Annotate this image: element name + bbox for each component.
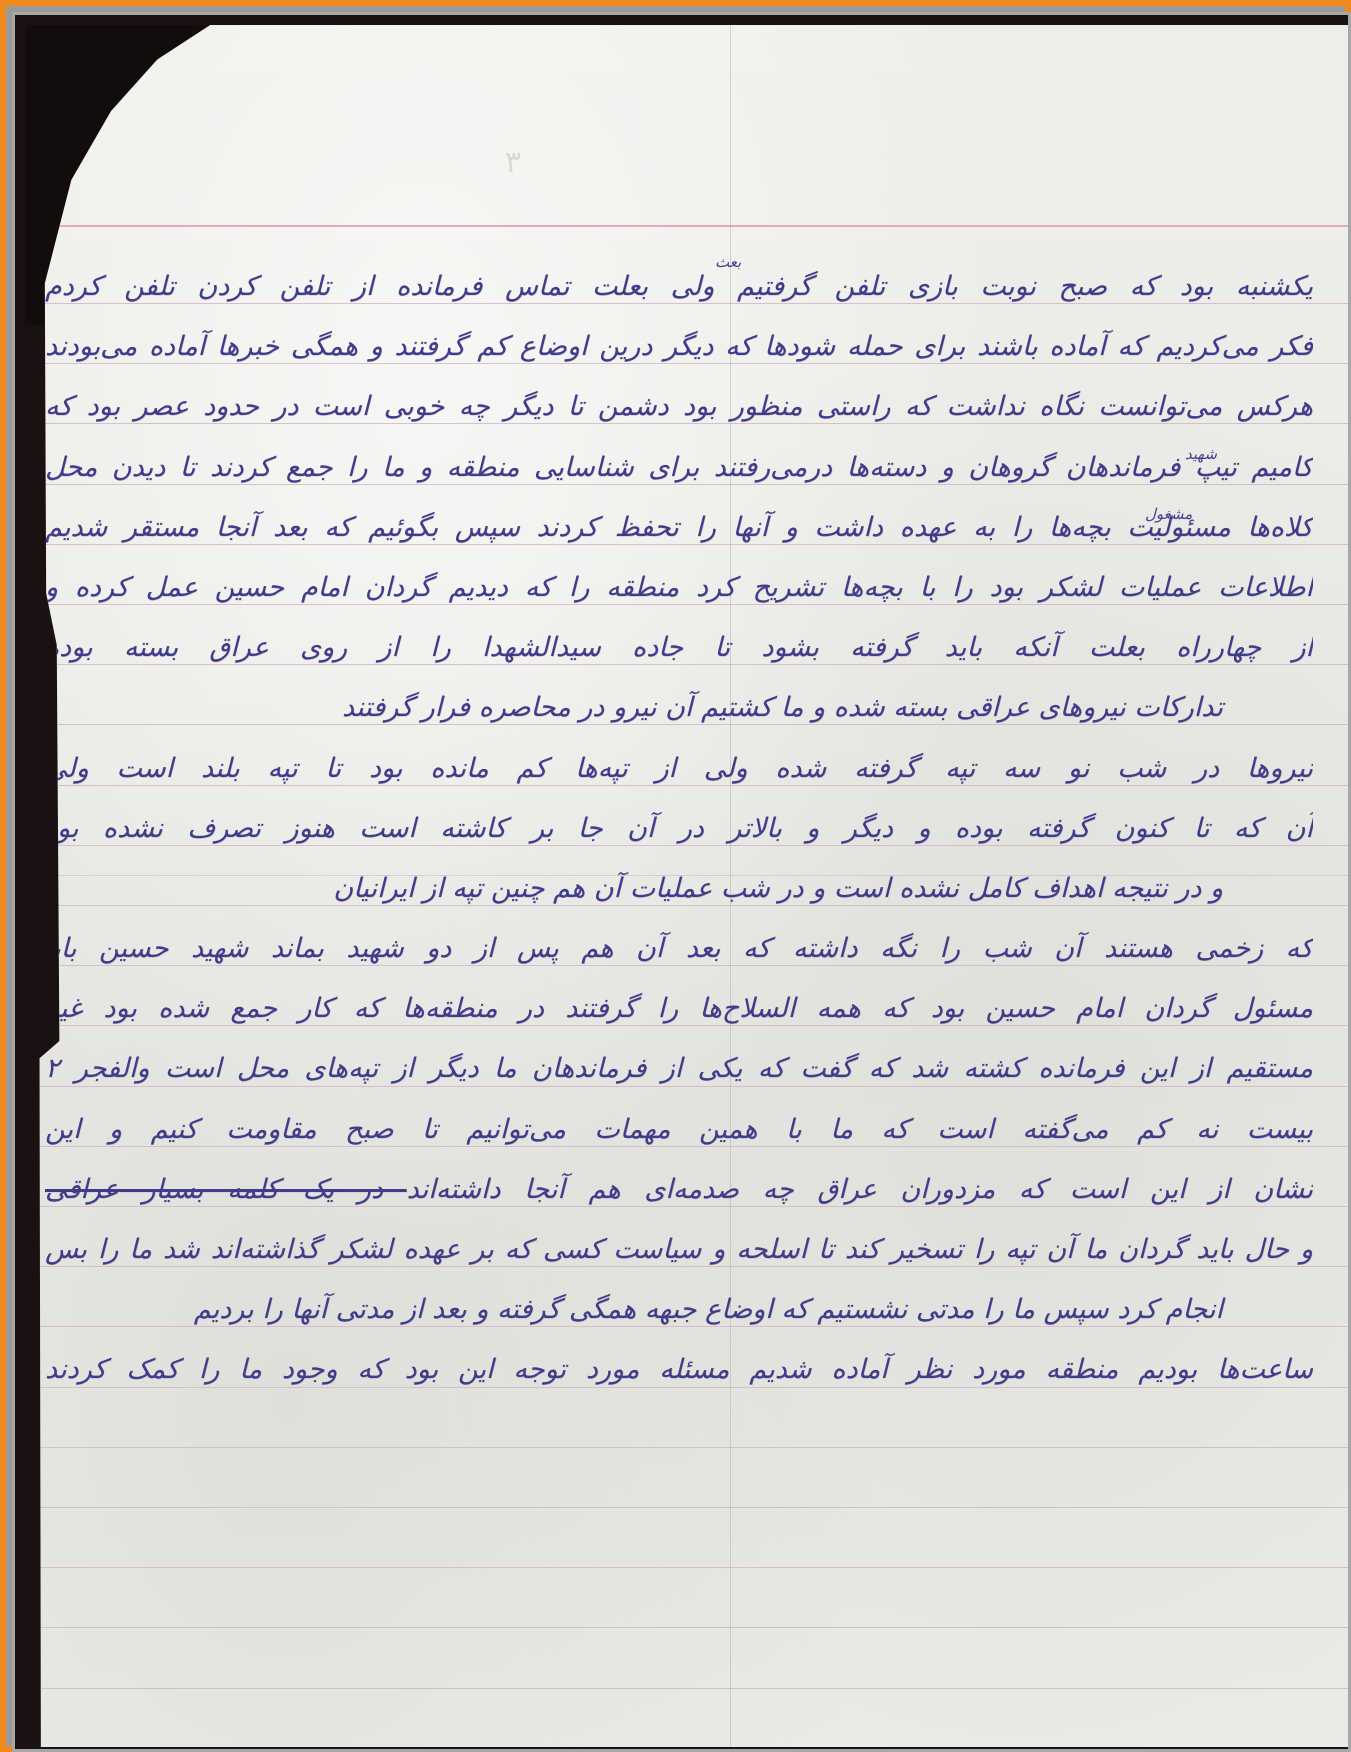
image-frame: ۳ یکشنبه بود که صبح نوبت بازی تلفن گرفتی… [0,0,1351,1752]
line-text: انجام کرد سپس ما را مدتی نشستیم که اوضاع… [194,1294,1223,1325]
handwritten-line: نیروها در شب نو سه تپه گرفته شده ولی از … [45,739,1313,799]
handwritten-line: بیست نه کم می‌گفته است که ما با همین مهم… [45,1100,1313,1160]
handwritten-line: انجام کرد سپس ما را مدتی نشستیم که اوضاع… [45,1280,1313,1340]
faded-page-mark: ۳ [505,145,521,180]
handwritten-body: یکشنبه بود که صبح نوبت بازی تلفن گرفتیم … [45,257,1313,1401]
handwritten-line: اطلاعات عملیات لشکر بود را با بچه‌ها تشر… [45,558,1313,618]
line-text: کامیم تیپ فرماندهان گروهان و دسته‌ها درم… [45,452,1313,483]
line-text: فکر می‌کردیم که آماده باشند برای حمله شو… [45,331,1313,362]
ruled-line [25,1507,1348,1508]
line-text: و در نتیجه اهداف کامل نشده است و در شب ع… [333,873,1223,904]
struck-through-text: در یک کلمه بسیار عراقی [45,1174,407,1205]
handwritten-line: فکر می‌کردیم که آماده باشند برای حمله شو… [45,317,1313,377]
line-text: مستقیم از این فرمانده کشته شد که گفت که … [45,1053,1313,1084]
handwritten-line: کامیم تیپ فرماندهان گروهان و دسته‌ها درم… [45,438,1313,498]
line-text: کلاه‌ها مسئولیت بچه‌ها را به عهده داشت و… [45,512,1313,543]
line-text: هرکس می‌توانست نگاه نداشت که راستی منظور… [45,391,1313,422]
ruled-line [25,1627,1348,1628]
line-text: که زخمی هستند آن شب را نگه داشته که بعد … [45,933,1313,964]
ruled-line [25,1688,1348,1689]
handwritten-line: از چهارراه بعلت آنکه باید گرفته بشود تا … [45,618,1313,678]
superscript-note: بعث [715,253,741,271]
handwritten-line: مستقیم از این فرمانده کشته شد که گفت که … [45,1039,1313,1099]
handwritten-line: یکشنبه بود که صبح نوبت بازی تلفن گرفتیم … [45,257,1313,317]
handwritten-line: مسئول گردان امام حسین بود که همه السلاح‌… [45,979,1313,1039]
handwritten-line: و در نتیجه اهداف کامل نشده است و در شب ع… [45,859,1313,919]
superscript-note: شهید [1185,445,1217,463]
line-text: اطلاعات عملیات لشکر بود را با بچه‌ها تشر… [45,572,1313,603]
ruled-line [25,1447,1348,1448]
handwritten-line: نشان از این است که مزدوران عراق چه صدمه‌… [45,1160,1313,1220]
handwritten-line: کلاه‌ها مسئولیت بچه‌ها را به عهده داشت و… [45,498,1313,558]
line-text: و حال باید گردان ما آن تپه را تسخیر کند … [45,1234,1313,1265]
line-text: بیست نه کم می‌گفته است که ما با همین مهم… [45,1114,1313,1145]
line-text: از چهارراه بعلت آنکه باید گرفته بشود تا … [45,632,1313,663]
line-text: تدارکات نیروهای عراقی بسته شده و ما کشتی… [342,692,1223,723]
handwritten-line: هرکس می‌توانست نگاه نداشت که راستی منظور… [45,377,1313,437]
line-text: مسئول گردان امام حسین بود که همه السلاح‌… [45,993,1313,1024]
header-rule [25,225,1348,227]
handwritten-line: آن که تا کنون گرفته بوده و دیگر و بالاتر… [45,799,1313,859]
handwritten-line: ساعت‌ها بودیم منطقه مورد نظر آماده شدیم … [45,1340,1313,1400]
handwritten-line: که زخمی هستند آن شب را نگه داشته که بعد … [45,919,1313,979]
line-text: نیروها در شب نو سه تپه گرفته شده ولی از … [45,753,1313,784]
scan-background: ۳ یکشنبه بود که صبح نوبت بازی تلفن گرفتی… [12,12,1351,1752]
line-text: یکشنبه بود که صبح نوبت بازی تلفن گرفتیم … [45,271,1313,302]
line-text: ساعت‌ها بودیم منطقه مورد نظر آماده شدیم … [45,1354,1313,1385]
superscript-note: مشغول [1145,505,1192,523]
ruled-line [25,1567,1348,1568]
handwritten-line: و حال باید گردان ما آن تپه را تسخیر کند … [45,1220,1313,1280]
handwritten-line: تدارکات نیروهای عراقی بسته شده و ما کشتی… [45,678,1313,738]
letter-paper: ۳ یکشنبه بود که صبح نوبت بازی تلفن گرفتی… [25,25,1348,1747]
line-text: آن که تا کنون گرفته بوده و دیگر و بالاتر… [45,813,1313,844]
line-text: نشان از این است که مزدوران عراق چه صدمه‌… [407,1174,1313,1205]
